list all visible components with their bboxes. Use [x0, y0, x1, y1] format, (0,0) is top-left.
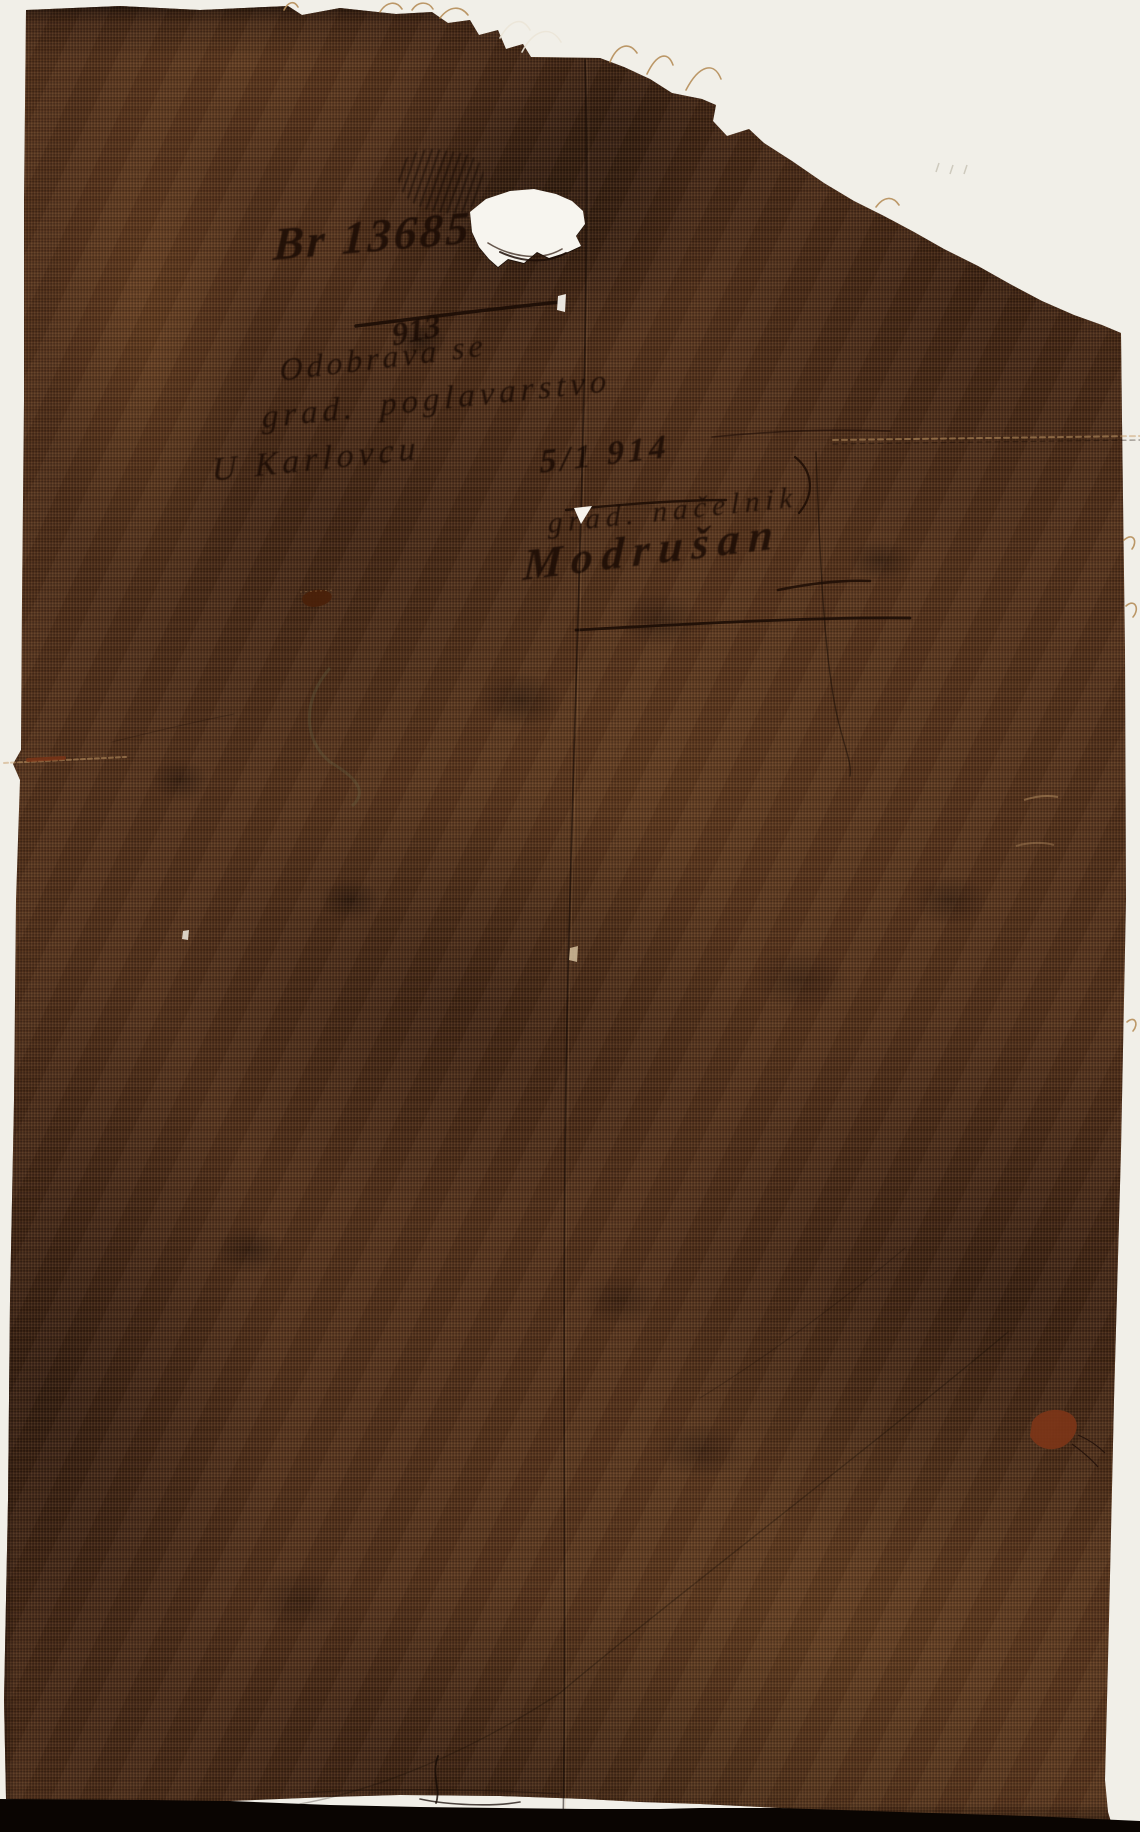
canvas-fragment: Br 13685 913 Odobrava se grad. poglavars… — [0, 0, 1140, 1832]
thread-8 — [876, 198, 899, 207]
scanned-canvas-document: Br 13685 913 Odobrava se grad. poglavars… — [0, 0, 1140, 1832]
thread-5 — [610, 46, 637, 62]
thread-7 — [686, 68, 721, 90]
thread-6 — [647, 56, 673, 74]
thread-9 — [1124, 537, 1135, 549]
handwritten-date: 5/1 914 — [539, 428, 670, 482]
white-thread-2 — [500, 22, 530, 38]
bg-tick-2 — [950, 165, 953, 174]
handwritten-place: U Karlovcu — [212, 430, 420, 490]
bottom-fringe — [420, 1799, 520, 1805]
white-thread-1 — [522, 32, 561, 52]
handwritten-number: Br 13685 — [272, 200, 473, 271]
thread-3 — [412, 3, 433, 10]
bg-tick-1 — [936, 163, 939, 172]
bg-tick-3 — [964, 165, 967, 174]
thread-2 — [380, 3, 402, 12]
thread-4 — [440, 8, 468, 18]
thread-10 — [1126, 603, 1136, 617]
background-marks — [936, 163, 967, 174]
inscription-block: Br 13685 913 Odobrava se grad. poglavars… — [0, 0, 1140, 1832]
thread-11 — [1127, 1019, 1136, 1031]
